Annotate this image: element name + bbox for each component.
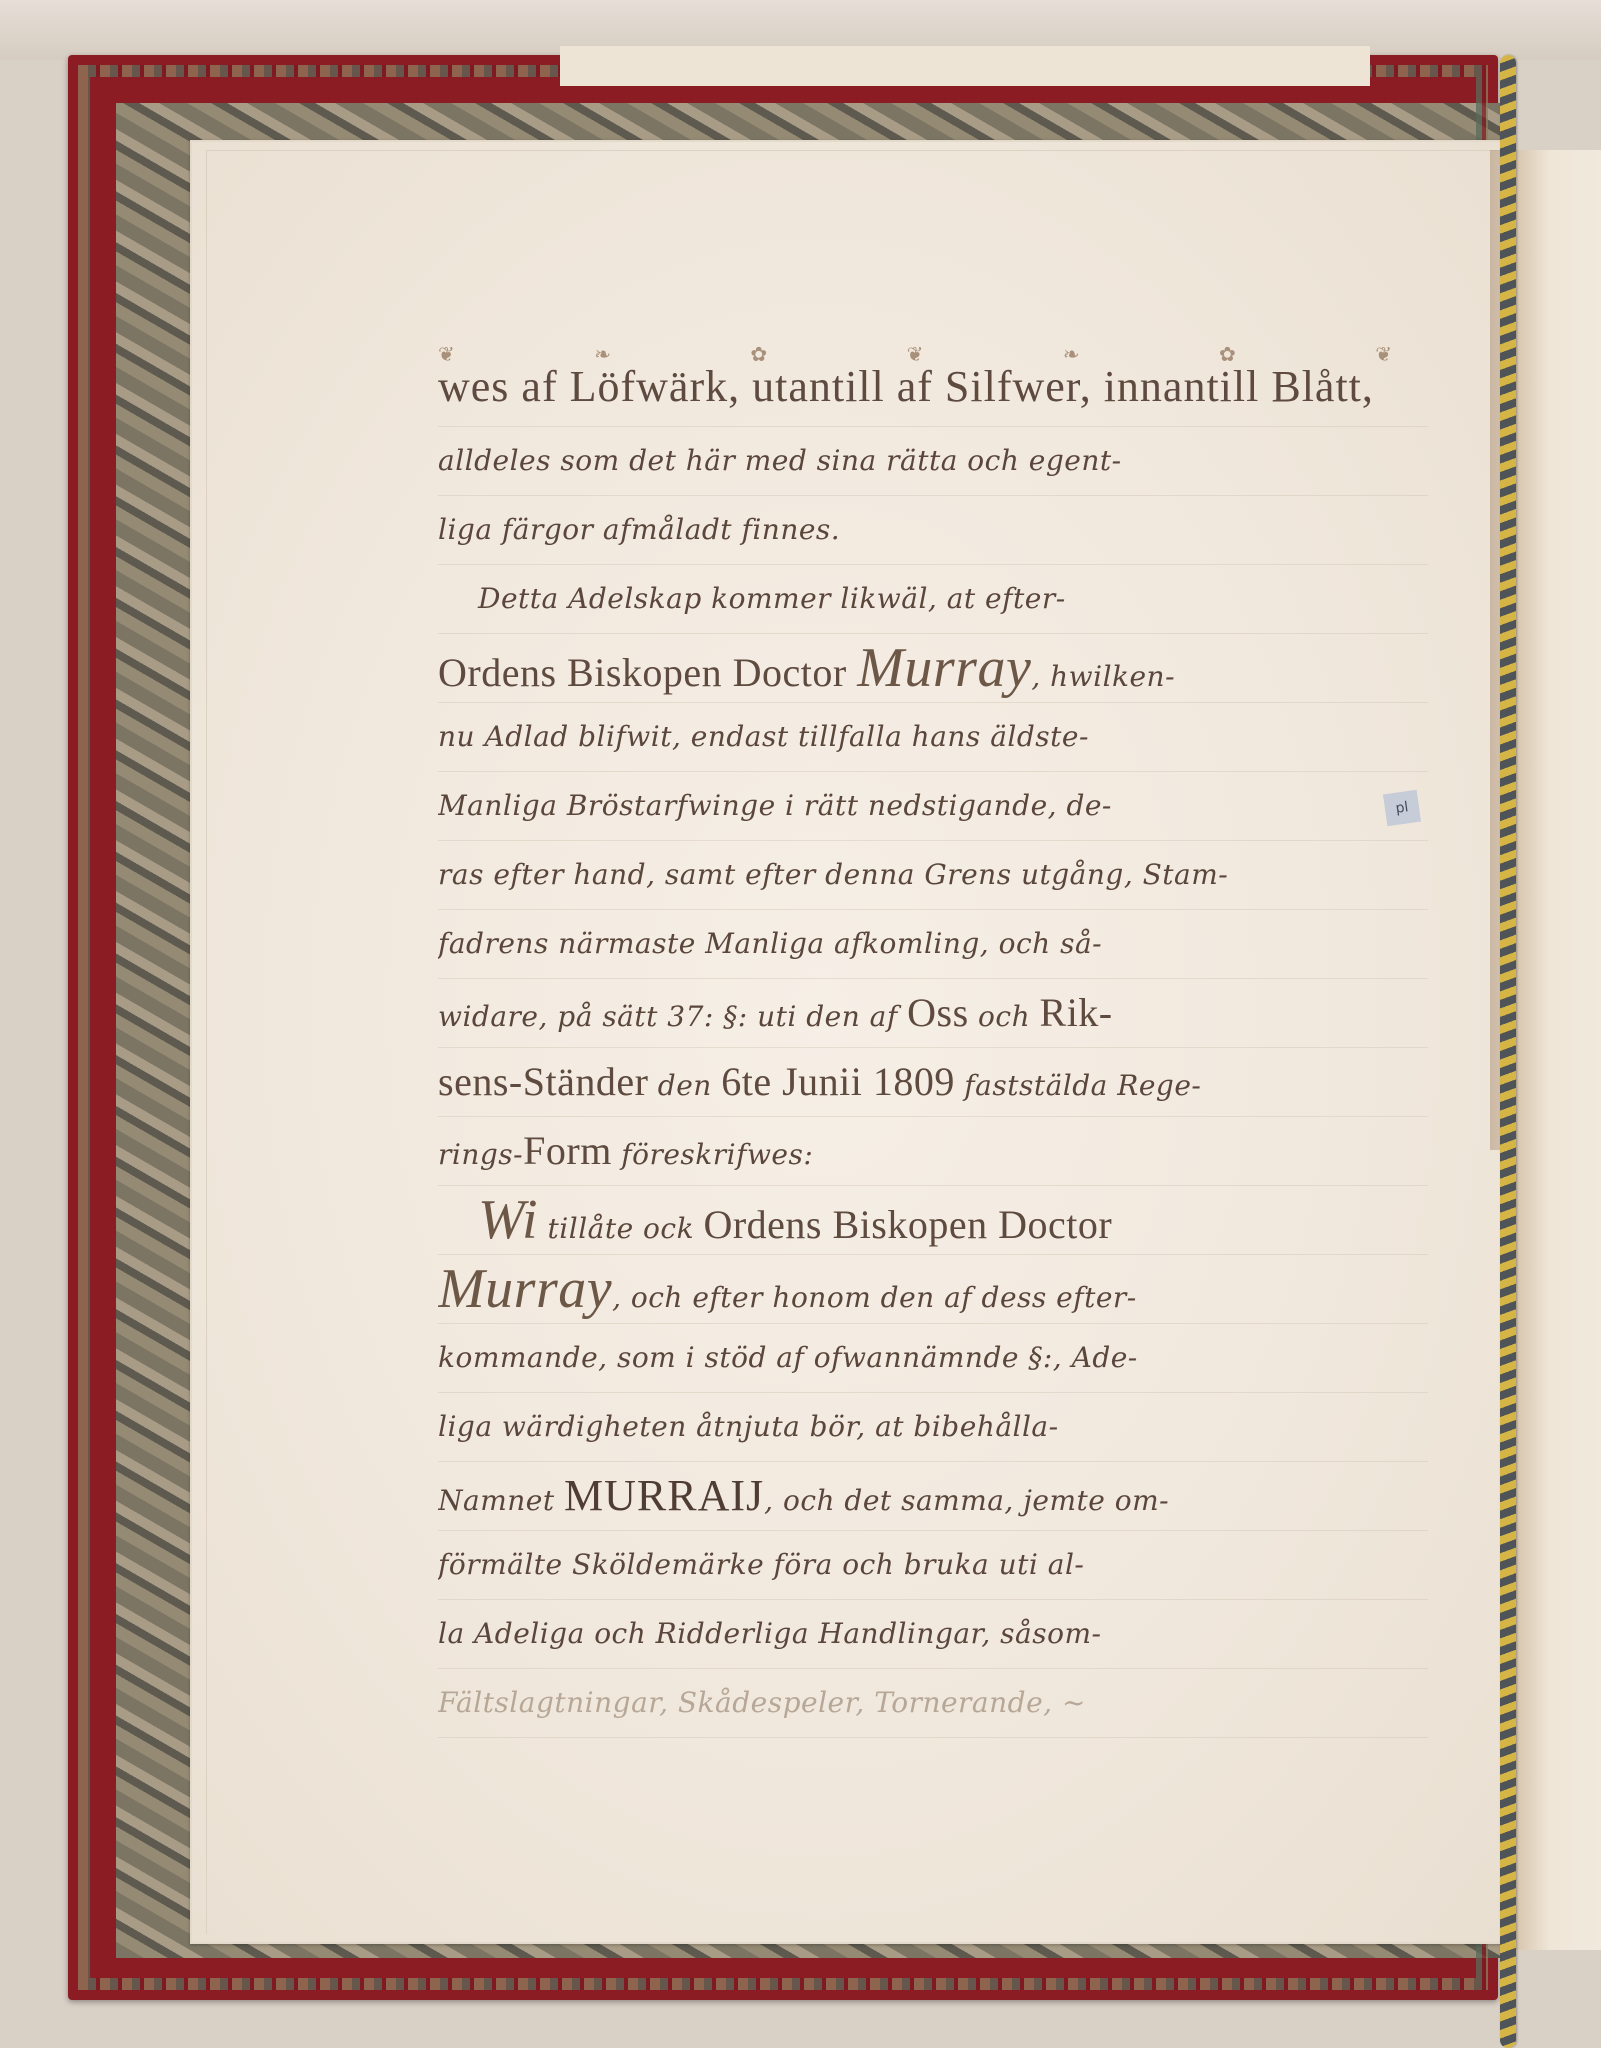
text-line: ras efter hand, samt efter denna Grens u… — [438, 841, 1428, 910]
text-span: Oss — [907, 990, 969, 1035]
text-span: , hwilken- — [1031, 660, 1175, 693]
paper-strip — [560, 46, 1370, 86]
text-line: nu Adlad blifwit, endast tillfalla hans … — [438, 703, 1428, 772]
binding-cord — [1500, 55, 1516, 2048]
text-line: Manliga Bröstarfwinge i rätt nedstigande… — [438, 772, 1428, 841]
text-span: Murray — [438, 1258, 612, 1320]
text-line: Detta Adelskap kommer likwäl, at efter- — [438, 565, 1428, 634]
text-span: Ordens Biskopen Doctor — [703, 1202, 1112, 1247]
text-span: Wi — [478, 1189, 538, 1251]
text-span: , och efter honom den af dess efter- — [612, 1281, 1137, 1314]
text-line: la Adeliga och Ridderliga Handlingar, så… — [438, 1600, 1428, 1669]
text-span: Form — [523, 1128, 612, 1173]
text-span: föreskrifwes: — [612, 1138, 813, 1171]
facing-page — [1515, 150, 1601, 1950]
text-line: liga färgor afmåladt finnes. — [438, 496, 1428, 565]
text-line: alldeles som det här med sina rätta och … — [438, 427, 1428, 496]
text-span: , och det samma, jemte om- — [764, 1484, 1169, 1517]
text-span: Murray — [857, 637, 1031, 699]
text-line: Murray, och efter honom den af dess efte… — [438, 1255, 1428, 1324]
text-span: Namnet — [438, 1484, 564, 1517]
text-line: liga wärdigheten åtnjuta bör, at bibehål… — [438, 1393, 1428, 1462]
text-span: sens-Ständer — [438, 1059, 648, 1104]
text-line: förmälte Sköldemärke föra och bruka uti … — [438, 1531, 1428, 1600]
text-span: och — [969, 1000, 1040, 1033]
text-line: rings-Form föreskrifwes: — [438, 1117, 1428, 1186]
text-span: rings- — [438, 1138, 523, 1171]
text-line: wes af Löfwärk, utantill af Silfwer, inn… — [438, 348, 1428, 427]
text-line: Ordens Biskopen Doctor Murray, hwilken- — [438, 634, 1428, 703]
text-line: kommande, som i stöd af ofwannämnde §:, … — [438, 1324, 1428, 1393]
text-span: Ordens Biskopen Doctor — [438, 650, 857, 695]
text-line: Wi tillåte ock Ordens Biskopen Doctor — [438, 1186, 1428, 1255]
text-span: widare, på sätt 37: §: uti den af — [438, 1000, 907, 1033]
text-line: widare, på sätt 37: §: uti den af Oss oc… — [438, 979, 1428, 1048]
text-line: Namnet MURRAIJ, och det samma, jemte om- — [438, 1462, 1428, 1531]
text-line: sens-Ständer den 6te Junii 1809 faststäl… — [438, 1048, 1428, 1117]
text-span: MURRAIJ — [564, 1471, 764, 1520]
text-span: 6te Junii 1809 — [721, 1059, 955, 1104]
text-span: Rik- — [1040, 990, 1113, 1035]
manuscript-text: wes af Löfwärk, utantill af Silfwer, inn… — [438, 340, 1428, 1738]
text-line: fadrens närmaste Manliga afkomling, och … — [438, 910, 1428, 979]
text-span: tillåte ock — [538, 1212, 703, 1245]
text-line: Fältslagtningar, Skådespeler, Tornerande… — [438, 1669, 1428, 1738]
text-span: faststälda Rege- — [955, 1069, 1201, 1102]
text-span: den — [648, 1069, 721, 1102]
